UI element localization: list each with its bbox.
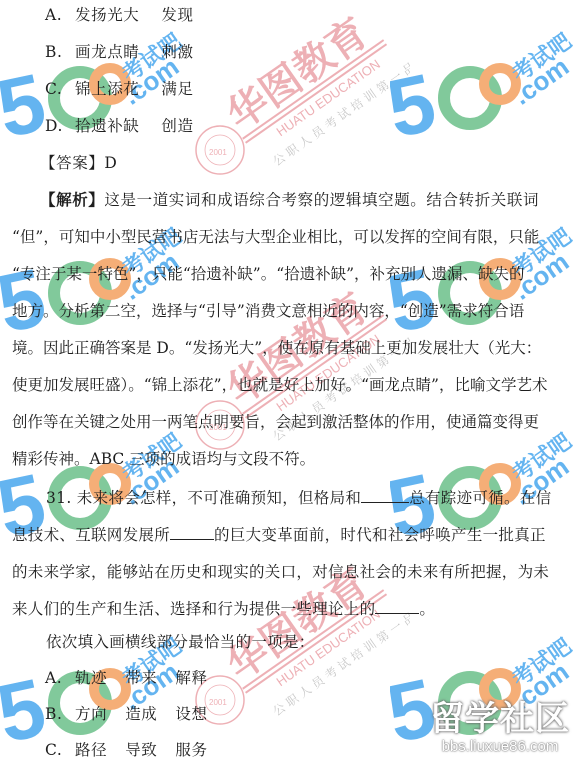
q31-option-a: A.轨迹带来解释 (45, 668, 208, 688)
exam-document: A.发扬光大发现 B.画龙点睛刺激 C.锦上添花满足 D.拾遗补缺创造 【答案】… (0, 0, 580, 760)
analysis-line: “但”，可知中小型民营书店无法与大型企业相比，可以发挥的空间有限，只能 (12, 227, 539, 247)
analysis-line: “专注于某一特色”，只能“拾遗补缺”。“拾遗补缺”，补充别人遗漏、缺失的 (12, 264, 525, 284)
q31-stem-line: 31. 未来将会怎样，不可准确预知，但格局和总有踪迹可循。在信 (46, 488, 551, 508)
answer-line: 【答案】D (40, 153, 117, 173)
analysis-line: 精彩传神。ABC 三项的成语均与文段不符。 (12, 449, 315, 469)
prev-option-c: C.锦上添花满足 (45, 79, 194, 99)
answer-label: 【答案】 (40, 154, 104, 172)
prev-option-d: D.拾遗补缺创造 (45, 116, 194, 136)
answer-value: D (104, 154, 117, 172)
analysis-line: 境。因此正确答案是 D。“发扬光大”，使在原有基础上更加发展壮大（光大： (12, 338, 541, 358)
q31-stem-line: 来人们的生产和生活、选择和行为提供一些理论上的。 (12, 599, 435, 619)
blank-3 (375, 599, 419, 614)
analysis-line: 使更加发展旺盛）。“锦上添花”，也就是好上加好。“画龙点睛”，比喻文学艺术 (12, 375, 547, 395)
q31-stem-line: 息技术、互联网发展所的巨大变革面前，时代和社会呼唤产生一批真正 (12, 525, 546, 545)
q31-option-c: C.路径导致服务 (45, 740, 208, 760)
analysis-line: 【解析】这是一道实词和成语综合考察的逻辑填空题。结合转折关联词 (40, 190, 539, 210)
blank-1 (361, 488, 409, 503)
q31-stem-line: 的未来学家，能够站在历史和现实的关口，对信息社会的未来有所把握，为未 (12, 562, 549, 582)
blank-2 (170, 525, 214, 540)
analysis-line: 地方。分析第二空，选择与“引导”消费文意相近的内容，“创造”需求符合语 (12, 301, 524, 321)
analysis-label: 【解析】 (40, 190, 104, 209)
q31-prompt: 依次填入画横线部分最恰当的一项是： (46, 632, 315, 652)
prev-option-b: B.画龙点睛刺激 (45, 42, 194, 62)
q31-option-b: B.方向造成设想 (45, 704, 208, 724)
prev-option-a: A.发扬光大发现 (45, 5, 194, 25)
analysis-line: 创作等在关键之处用一两笔点明要旨，会起到激活整体的作用，使通篇变得更 (12, 412, 539, 432)
question-number: 31. (46, 489, 72, 507)
